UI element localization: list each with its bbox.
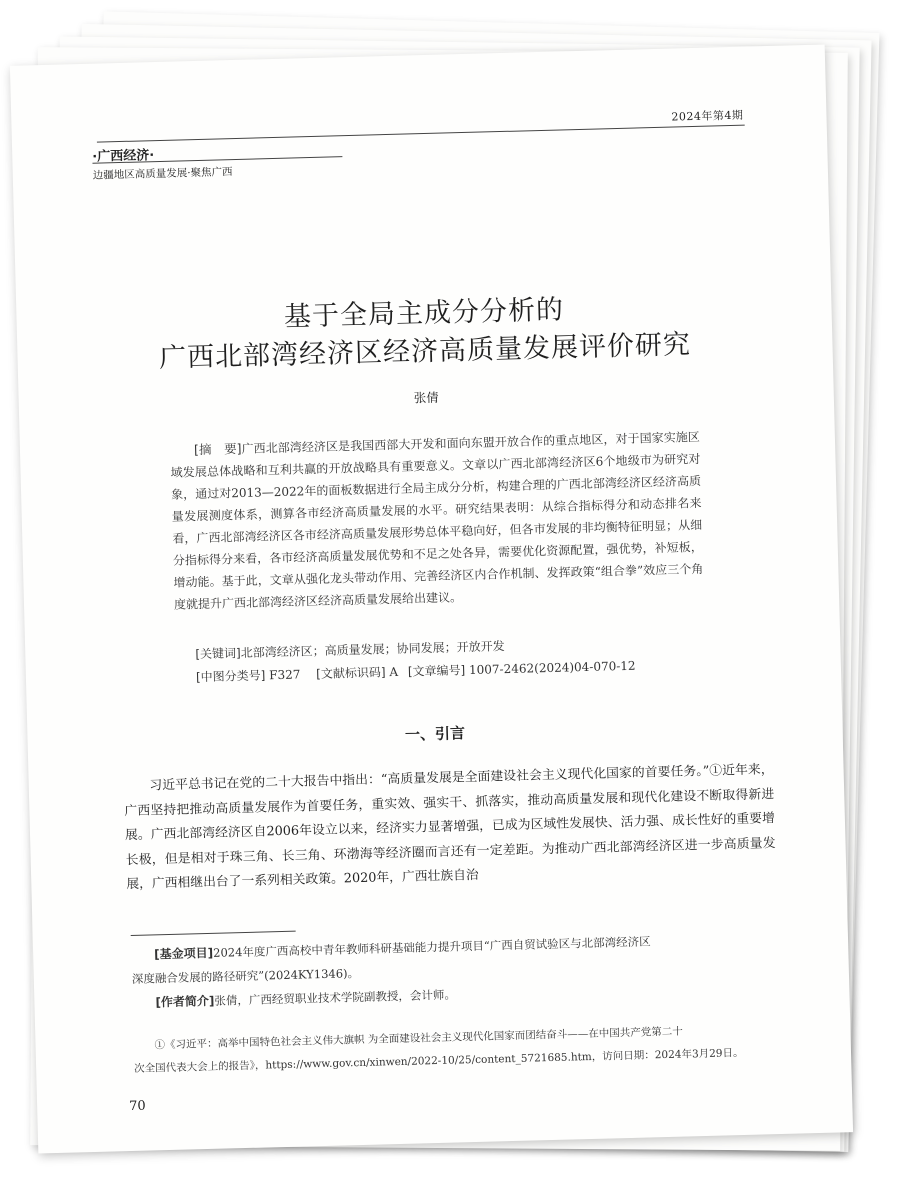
- fund-label: [基金项目]: [154, 946, 213, 962]
- intro-paragraph: 习近平总书记在党的二十大报告中指出：“高质量发展是全面建设社会主义现代化国家的首…: [124, 758, 777, 897]
- subcolumn-label: 边疆地区高质量发展·聚焦广西: [93, 164, 233, 183]
- abstract-label: [摘 要]: [194, 441, 242, 457]
- clc-value: F327: [269, 667, 301, 682]
- article-no-label: [文章编号]: [408, 663, 466, 678]
- doc-code-label: [文献标识码]: [316, 665, 386, 681]
- author-name: 张倩: [19, 377, 834, 416]
- clc-label: [中图分类号]: [196, 668, 266, 684]
- classification-line: [中图分类号] F327 [文献标识码] A [文章编号] 1007-2462(…: [196, 657, 636, 686]
- header-rule: [97, 125, 745, 143]
- body-text: 习近平总书记在党的二十大报告中指出：“高质量发展是全面建设社会主义现代化国家的首…: [124, 758, 777, 897]
- section-heading: 一、引言: [27, 712, 842, 754]
- fund-info: [基金项目]2024年度广西高校中青年教师科研基础能力提升项目“广西自贸试验区与…: [131, 926, 783, 1015]
- keywords-label: [关键词]: [195, 646, 241, 661]
- page-number: 70: [129, 1099, 146, 1114]
- doc-code-value: A: [389, 665, 398, 679]
- keywords-line: [关键词]北部湾经济区；高质量发展；协同发展；开放开发: [195, 637, 505, 662]
- journal-page: 2024年第4期 ·广西经济· 边疆地区高质量发展·聚焦广西 基于全局主成分分析…: [10, 45, 853, 1154]
- keywords-text: 北部湾经济区；高质量发展；协同发展；开放开发: [241, 639, 505, 660]
- author-intro-text: 张倩，广西经贸职业技术学院副教授，会计师。: [214, 988, 456, 1008]
- footnote-rule: [131, 931, 296, 936]
- issue-label: 2024年第4期: [671, 107, 743, 125]
- footnote: ①《习近平：高举中国特色社会主义伟大旗帜 为全面建设社会主义现代化国家而团结奋斗…: [133, 1018, 794, 1081]
- abstract: [摘 要]广西北部湾经济区是我国西部大开发和面向东盟开放合作的重点地区，对于国家…: [170, 426, 704, 616]
- author-intro-label: [作者简介]: [155, 994, 214, 1010]
- abstract-text: 广西北部湾经济区是我国西部大开发和面向东盟开放合作的重点地区，对于国家实施区域发…: [170, 430, 703, 612]
- article-no-value: 1007-2462(2024)04-070-12: [469, 659, 636, 677]
